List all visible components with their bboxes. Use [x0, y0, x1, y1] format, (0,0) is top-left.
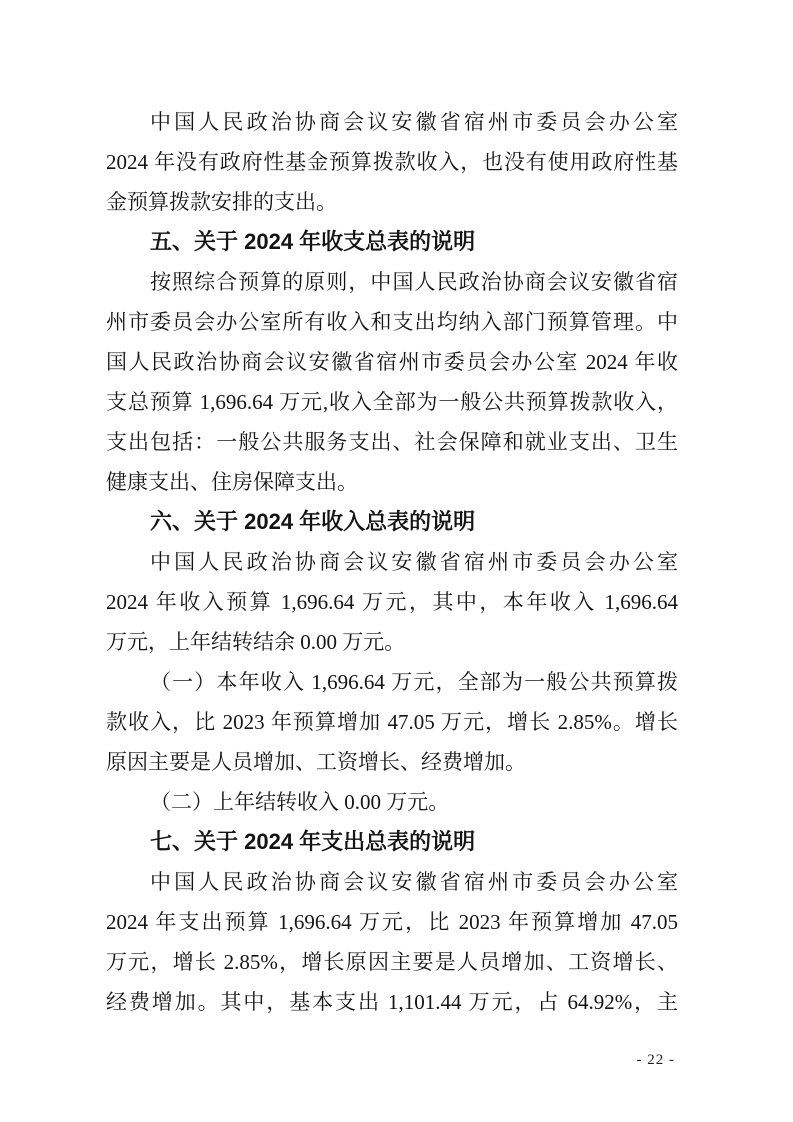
body-text-line: 按照综合预算的原则，中国人民政治协商会议安徽省宿: [106, 262, 678, 302]
body-text-line: （一）本年收入 1,696.64 万元，全部为一般公共预算拨: [106, 662, 678, 702]
body-text-line: 国人民政治协商会议安徽省宿州市委员会办公室 2024 年收: [106, 342, 678, 382]
section-heading: 七、关于 2024 年支出总表的说明: [106, 822, 678, 862]
body-text-line: 州市委员会办公室所有收入和支出均纳入部门预算管理。中: [106, 302, 678, 342]
body-text-line: 中国人民政治协商会议安徽省宿州市委员会办公室: [106, 542, 678, 582]
body-text-line: 万元，增长 2.85%，增长原因主要是人员增加、工资增长、: [106, 942, 678, 982]
body-text-line: （二）上年结转收入 0.00 万元。: [106, 782, 678, 822]
body-text-line: 原因主要是人员增加、工资增长、经费增加。: [106, 742, 678, 782]
body-text-line: 中国人民政治协商会议安徽省宿州市委员会办公室: [106, 862, 678, 902]
body-text-line: 2024 年支出预算 1,696.64 万元，比 2023 年预算增加 47.0…: [106, 902, 678, 942]
body-text-line: 2024 年收入预算 1,696.64 万元，其中，本年收入 1,696.64: [106, 582, 678, 622]
body-text-line: 2024 年没有政府性基金预算拨款收入，也没有使用政府性基: [106, 142, 678, 182]
body-text-line: 健康支出、住房保障支出。: [106, 462, 678, 502]
document-page: 中国人民政治协商会议安徽省宿州市委员会办公室2024 年没有政府性基金预算拨款收…: [0, 0, 793, 1122]
body-text-line: 中国人民政治协商会议安徽省宿州市委员会办公室: [106, 102, 678, 142]
body-text-line: 款收入，比 2023 年预算增加 47.05 万元，增长 2.85%。增长: [106, 702, 678, 742]
body-text-line: 支出包括：一般公共服务支出、社会保障和就业支出、卫生: [106, 422, 678, 462]
document-body: 中国人民政治协商会议安徽省宿州市委员会办公室2024 年没有政府性基金预算拨款收…: [106, 102, 678, 1022]
page-number: - 22 -: [0, 1052, 675, 1069]
body-text-line: 支总预算 1,696.64 万元,收入全部为一般公共预算拨款收入，: [106, 382, 678, 422]
body-text-line: 万元，上年结转结余 0.00 万元。: [106, 622, 678, 662]
section-heading: 六、关于 2024 年收入总表的说明: [106, 502, 678, 542]
body-text-line: 金预算拨款安排的支出。: [106, 182, 678, 222]
section-heading: 五、关于 2024 年收支总表的说明: [106, 222, 678, 262]
body-text-line: 经费增加。其中，基本支出 1,101.44 万元，占 64.92%，主: [106, 982, 678, 1022]
